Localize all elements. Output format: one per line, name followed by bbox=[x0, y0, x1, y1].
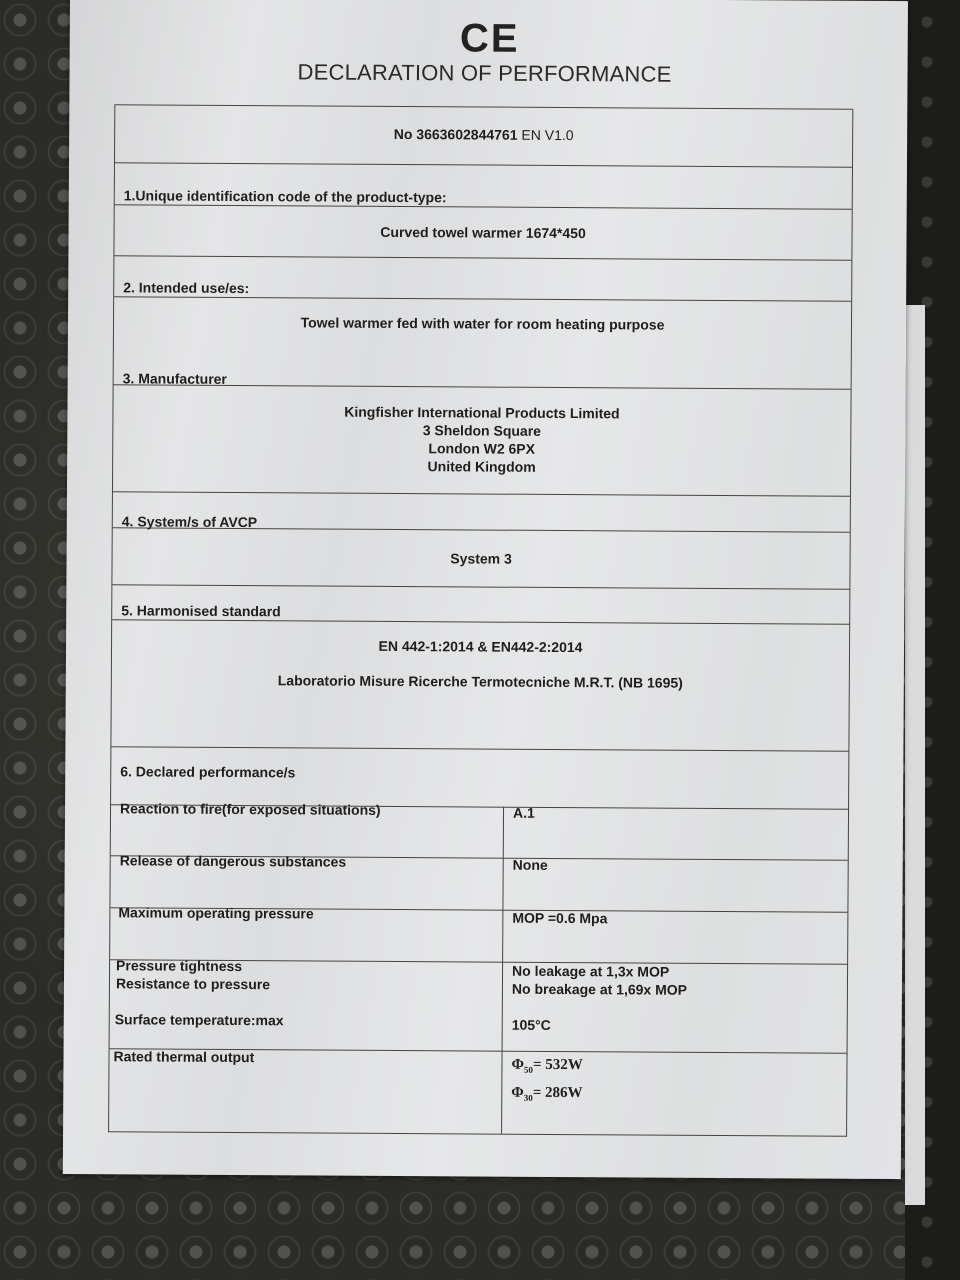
product-type-code: Curved towel warmer 1674*450 bbox=[115, 222, 852, 243]
surface-temperature-label: Surface temperature:max bbox=[115, 1011, 284, 1028]
table-row-characteristic: Release of dangerous substances bbox=[120, 852, 347, 869]
table-row-performance: MOP =0.6 Mpa bbox=[512, 910, 607, 927]
table-row-characteristic: Maximum operating pressure bbox=[118, 904, 313, 921]
declaration-document: CE DECLARATION OF PERFORMANCE No 3663602… bbox=[63, 0, 908, 1179]
table-rule bbox=[113, 491, 850, 497]
section-1-heading: 1.Unique identification code of the prod… bbox=[124, 187, 447, 205]
notified-body-value: Laboratorio Misure Ricerche Termotecnich… bbox=[112, 671, 849, 692]
ce-mark-icon: CE bbox=[450, 16, 530, 61]
table-rule bbox=[111, 746, 848, 752]
table-rule bbox=[115, 162, 852, 168]
manufacturer-address: Kingfisher International Products Limite… bbox=[113, 401, 850, 478]
declaration-table: No 3663602844761 EN V1.0 1.Unique identi… bbox=[108, 104, 853, 1136]
thermal-output-phi50: Φ50= 532W bbox=[511, 1057, 582, 1075]
table-rule bbox=[112, 584, 849, 590]
table-rule bbox=[114, 296, 851, 302]
avcp-system-value: System 3 bbox=[113, 548, 850, 569]
document-title: DECLARATION OF PERFORMANCE bbox=[69, 58, 899, 89]
column-divider bbox=[501, 807, 504, 1134]
pressure-tightness-value: No leakage at 1,3x MOP bbox=[512, 963, 669, 980]
rated-thermal-output-label: Rated thermal output bbox=[113, 1048, 254, 1065]
document-number: No 3663602844761 EN V1.0 bbox=[115, 124, 852, 145]
underlying-paper-edge bbox=[905, 305, 925, 1205]
section-5-heading: 5. Harmonised standard bbox=[121, 602, 281, 619]
section-6-heading: 6. Declared performance/s bbox=[120, 763, 295, 780]
table-rule bbox=[114, 255, 851, 261]
table-row-performance: None bbox=[513, 857, 548, 873]
resistance-to-pressure-label: Resistance to pressure bbox=[116, 975, 270, 992]
resistance-to-pressure-value: No breakage at 1,69x MOP bbox=[512, 981, 687, 998]
pressure-tightness-label: Pressure tightness bbox=[116, 957, 242, 974]
table-row-performance: A.1 bbox=[513, 805, 535, 821]
section-3-heading: 3. Manufacturer bbox=[123, 370, 227, 387]
section-4-heading: 4. System/s of AVCP bbox=[122, 513, 257, 530]
table-row-characteristic: Reaction to fire(for exposed situations) bbox=[120, 800, 381, 818]
table-rule bbox=[115, 204, 852, 210]
section-2-heading: 2. Intended use/es: bbox=[123, 279, 249, 296]
table-rule bbox=[115, 104, 852, 110]
thermal-output-phi30: Φ30= 286W bbox=[511, 1085, 582, 1103]
surface-temperature-value: 105°C bbox=[512, 1017, 551, 1033]
intended-use-value: Towel warmer fed with water for room hea… bbox=[114, 313, 851, 334]
manufacturer-country: United Kingdom bbox=[113, 455, 850, 478]
harmonised-standard-value: EN 442-1:2014 & EN442-2:2014 bbox=[112, 636, 849, 657]
table-rule bbox=[112, 619, 849, 625]
